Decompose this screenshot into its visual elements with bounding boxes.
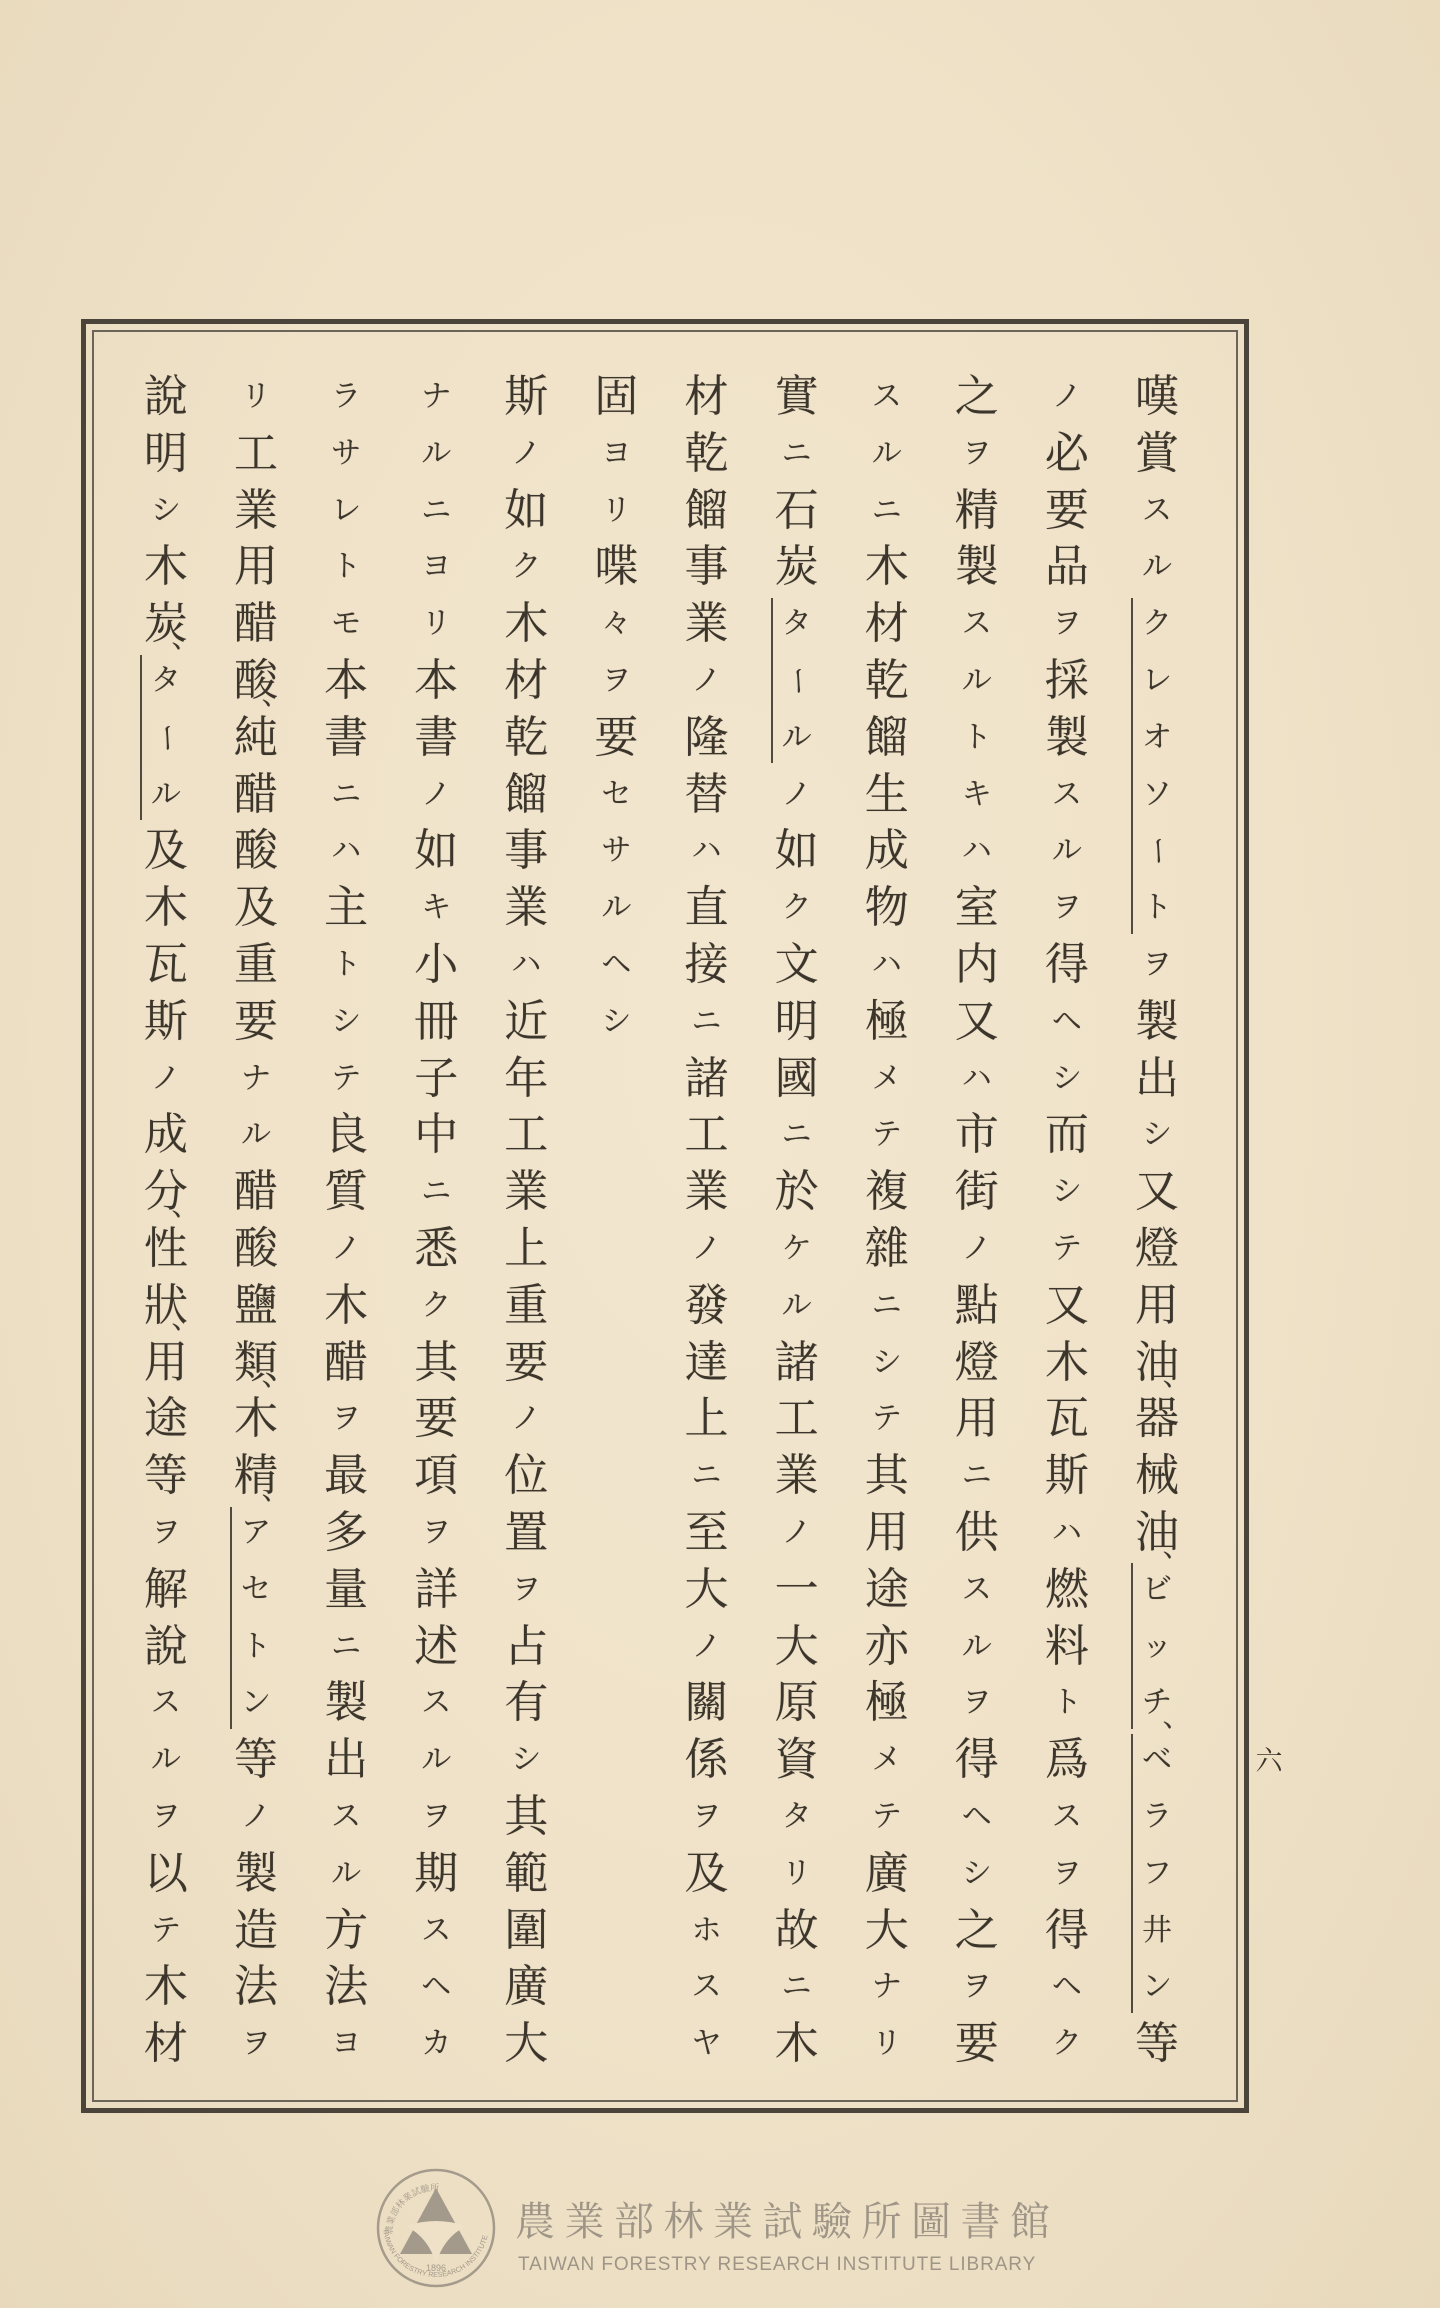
text-char: ヲ [138, 1789, 195, 1846]
text-char: ヨ [318, 2016, 375, 2073]
text-char: ノ [678, 1618, 735, 1675]
text-column: 斯ノ如ク木材乾餾事業ハ近年工業上重要ノ位置ヲ占有シ其範圍廣大 [498, 369, 555, 2073]
text-char: ヲ [1039, 1845, 1096, 1902]
text-char: 成 [138, 1107, 195, 1164]
text-char: ル [138, 1732, 195, 1789]
text-char: 要 [588, 709, 645, 766]
text-char: ー [138, 709, 195, 766]
text-char: 製 [1129, 993, 1186, 1050]
text-char: 酸、 [228, 653, 285, 710]
library-name-english: TAIWAN FORESTRY RESEARCH INSTITUTE LIBRA… [518, 2253, 1036, 2277]
text-char: 冊 [408, 993, 465, 1050]
text-char: 法 [228, 1959, 285, 2016]
text-char: ト [1129, 880, 1186, 937]
text-char: フ [1129, 1845, 1186, 1902]
text-char: 爲 [1039, 1732, 1096, 1789]
text-char: 複 [858, 1164, 915, 1221]
text-char: 上 [678, 1391, 735, 1448]
text-char: 期 [408, 1845, 465, 1902]
text-char: ル [588, 880, 645, 937]
text-char: 重 [228, 937, 285, 994]
text-char: ハ [948, 1050, 1005, 1107]
text-char: 料 [1039, 1618, 1096, 1675]
text-char: 點 [948, 1277, 1005, 1334]
text-char: 材 [858, 596, 915, 653]
text-char: 大 [858, 1902, 915, 1959]
text-char: ノ [318, 1221, 375, 1278]
text-char: 燈 [1129, 1221, 1186, 1278]
text-char: ヤ [678, 2016, 735, 2073]
text-char: 出 [318, 1732, 375, 1789]
text-char: ヲ [228, 2016, 285, 2073]
text-char: ス [1039, 1789, 1096, 1846]
text-char: ス [408, 1902, 465, 1959]
text-column: スルニ木材乾餾生成物ハ極メテ複雜ニシテ其用途亦極メテ廣大ナリ [858, 369, 915, 2073]
text-char: 醋 [228, 596, 285, 653]
text-char: タ [768, 596, 825, 653]
text-char: 製 [1039, 709, 1096, 766]
text-char: 等 [228, 1732, 285, 1789]
text-char: 要 [498, 1334, 555, 1391]
text-char: 國 [768, 1050, 825, 1107]
text-char: 器 [1129, 1391, 1186, 1448]
text-char: 及 [678, 1845, 735, 1902]
text-char: 餾 [678, 482, 735, 539]
text-char: 說 [138, 369, 195, 426]
text-char: モ [318, 596, 375, 653]
text-char: メ [858, 1050, 915, 1107]
text-char: 醋 [318, 1334, 375, 1391]
text-char: 近 [498, 993, 555, 1050]
text-char: ニ [768, 425, 825, 482]
text-char: 主 [318, 880, 375, 937]
text-char: 精、 [228, 1448, 285, 1505]
text-char: ヲ [318, 1391, 375, 1448]
text-char: 說 [138, 1618, 195, 1675]
text-char: 極 [858, 1675, 915, 1732]
text-column: 固ヨリ喋々ヲ要セサルヘシ [588, 369, 645, 1051]
text-column: ラサレトモ本書ニハ主トシテ良質ノ木醋ヲ最多量ニ製出スル方法ヨ [318, 369, 375, 2073]
text-char: 大 [768, 1618, 825, 1675]
text-char: レ [1129, 653, 1186, 710]
text-column: ナルニヨリ本書ノ如キ小冊子中ニ悉ク其要項ヲ詳述スルヲ期スヘカ [408, 369, 465, 2073]
text-char: ス [1039, 766, 1096, 823]
text-char: ル [408, 1732, 465, 1789]
text-char: 一 [768, 1561, 825, 1618]
text-char: ヨ [408, 539, 465, 596]
text-char: 木 [138, 880, 195, 937]
text-column: 嘆賞スルクレオソートヲ製出シ又燈用油、器械油、ビッチ、ベラフ井ン等 [1129, 369, 1186, 2073]
comma-mark: 、 [1163, 1703, 1191, 1731]
text-char: ニ [678, 1448, 735, 1505]
text-char: ハ [948, 823, 1005, 880]
text-char: ニ [408, 482, 465, 539]
text-char: 木 [1039, 1334, 1096, 1391]
text-column: リ工業用醋酸、純醋酸及重要ナル醋酸鹽類、木精、アセトン等ノ製造法ヲ [228, 369, 285, 2073]
text-char: 械 [1129, 1448, 1186, 1505]
text-char: 文 [768, 937, 825, 994]
text-char: ヘ [588, 937, 645, 994]
text-char: 斯 [1039, 1448, 1096, 1505]
text-char: リ [768, 1845, 825, 1902]
text-char: 又 [948, 993, 1005, 1050]
text-char: リ [408, 596, 465, 653]
text-char: ニ [318, 1618, 375, 1675]
text-char: 置 [498, 1505, 555, 1562]
text-char: 業 [768, 1448, 825, 1505]
text-char: ル [138, 766, 195, 823]
text-char: 本 [408, 653, 465, 710]
text-char: 木 [138, 539, 195, 596]
text-char: ヲ [678, 1789, 735, 1846]
text-char: 用 [858, 1505, 915, 1562]
text-char: オ [1129, 709, 1186, 766]
text-char: サ [588, 823, 645, 880]
text-char: 至 [678, 1505, 735, 1562]
text-char: ル [948, 1618, 1005, 1675]
text-column: 實ニ石炭タールノ如ク文明國ニ於ケル諸工業ノ一大原資タリ故ニ木 [768, 369, 825, 2073]
text-char: 燃 [1039, 1561, 1096, 1618]
text-char: ヘ [1039, 1959, 1096, 2016]
text-char: ー [768, 653, 825, 710]
text-char: ス [678, 1959, 735, 2016]
text-char: 其 [498, 1789, 555, 1846]
text-char: 業 [228, 482, 285, 539]
text-char: ヲ [1039, 596, 1096, 653]
text-char: ベ [1129, 1732, 1186, 1789]
text-char: サ [318, 425, 375, 482]
comma-mark: 、 [172, 1192, 200, 1220]
text-char: 原 [768, 1675, 825, 1732]
text-char: ニ [948, 1448, 1005, 1505]
text-char: 重 [498, 1277, 555, 1334]
text-char: ス [858, 369, 915, 426]
text-char: ヲ [948, 1675, 1005, 1732]
text-char: 發 [678, 1277, 735, 1334]
text-char: 業 [678, 596, 735, 653]
text-char: ナ [408, 369, 465, 426]
text-char: 又 [1039, 1277, 1096, 1334]
text-char: 之 [948, 369, 1005, 426]
text-char: ニ [768, 1959, 825, 2016]
text-char: ス [948, 1561, 1005, 1618]
text-char: シ [948, 1845, 1005, 1902]
loanword-sideline [1131, 1734, 1133, 2013]
text-char: メ [858, 1732, 915, 1789]
text-char: タ [138, 653, 195, 710]
text-char: セ [588, 766, 645, 823]
text-char: ノ [1039, 369, 1096, 426]
text-char: 室 [948, 880, 1005, 937]
text-char: 以 [138, 1845, 195, 1902]
text-char: 書 [318, 709, 375, 766]
text-char: ヲ [948, 425, 1005, 482]
text-char: 隆 [678, 709, 735, 766]
text-char: ノ [228, 1789, 285, 1846]
text-char: 賞 [1129, 425, 1186, 482]
text-char: レ [318, 482, 375, 539]
text-char: 製 [228, 1845, 285, 1902]
text-char: 々 [588, 596, 645, 653]
text-char: 斯 [138, 993, 195, 1050]
loanword-sideline [1131, 1563, 1133, 1728]
text-char: 圍 [498, 1902, 555, 1959]
text-char: 油、 [1129, 1505, 1186, 1562]
text-char: ヨ [588, 425, 645, 482]
text-char: ヲ [138, 1505, 195, 1562]
text-column: 說明シ木炭、タール及木瓦斯ノ成分、性狀、用途等ヲ解說スルヲ以テ木材 [138, 369, 195, 2073]
text-char: ル [1129, 539, 1186, 596]
text-char: 如 [498, 482, 555, 539]
text-char: 狀、 [138, 1277, 195, 1334]
text-char: 炭、 [138, 596, 195, 653]
comma-mark: 、 [262, 1362, 290, 1390]
text-char: 斯 [498, 369, 555, 426]
text-char: 多 [318, 1505, 375, 1562]
text-char: 材 [138, 2016, 195, 2073]
text-char: ン [228, 1675, 285, 1732]
text-char: ル [858, 425, 915, 482]
text-char: テ [858, 1107, 915, 1164]
text-char: 詳 [408, 1561, 465, 1618]
text-char: 酸 [228, 1221, 285, 1278]
text-column: ノ必要品ヲ採製スルヲ得ヘシ而シテ又木瓦斯ハ燃料ト爲スヲ得ヘク [1039, 369, 1096, 2073]
text-char: 得 [948, 1732, 1005, 1789]
text-char: ト [1039, 1675, 1096, 1732]
text-char: 大 [498, 2016, 555, 2073]
text-char: ヲ [408, 1505, 465, 1562]
text-char: 亦 [858, 1618, 915, 1675]
text-char: 悉 [408, 1221, 465, 1278]
text-char: 大 [678, 1561, 735, 1618]
loanword-sideline [1131, 598, 1133, 934]
text-char: 替 [678, 766, 735, 823]
text-char: 有 [498, 1675, 555, 1732]
text-char: 小 [408, 937, 465, 994]
text-char: 業 [498, 880, 555, 937]
text-char: 雜 [858, 1221, 915, 1278]
text-char: テ [138, 1902, 195, 1959]
text-char: ラ [1129, 1789, 1186, 1846]
comma-mark: 、 [262, 681, 290, 709]
text-char: ニ [768, 1107, 825, 1164]
comma-mark: 、 [172, 1305, 200, 1333]
page-number: 六 [1254, 1747, 1284, 1777]
text-char: 醋 [228, 1164, 285, 1221]
text-char: 達 [678, 1334, 735, 1391]
text-char: ト [318, 539, 375, 596]
text-char: ス [318, 1789, 375, 1846]
text-char: ト [228, 1618, 285, 1675]
text-char: 生 [858, 766, 915, 823]
text-char: 固 [588, 369, 645, 426]
text-char: 純 [228, 709, 285, 766]
text-char: ノ [948, 1221, 1005, 1278]
text-char: 油、 [1129, 1334, 1186, 1391]
text-char: 出 [1129, 1050, 1186, 1107]
text-char: シ [1039, 1164, 1096, 1221]
text-char: ハ [858, 937, 915, 994]
text-char: ノ [678, 1221, 735, 1278]
text-char: 述 [408, 1618, 465, 1675]
text-char: 採 [1039, 653, 1096, 710]
text-char: 解 [138, 1561, 195, 1618]
text-char: 木 [138, 1959, 195, 2016]
text-char: 資 [768, 1732, 825, 1789]
text-char: ト [948, 709, 1005, 766]
text-char: 用 [1129, 1277, 1186, 1334]
text-char: ニ [408, 1164, 465, 1221]
text-char: 項 [408, 1448, 465, 1505]
text-char: 要 [228, 993, 285, 1050]
text-char: 製 [948, 539, 1005, 596]
text-char: チ、 [1129, 1675, 1186, 1732]
text-char: 之 [948, 1902, 1005, 1959]
comma-mark: 、 [262, 1476, 290, 1504]
text-char: 最 [318, 1448, 375, 1505]
text-char: 如 [768, 823, 825, 880]
text-char: 餾 [498, 766, 555, 823]
text-char: 於 [768, 1164, 825, 1221]
text-char: ノ [498, 425, 555, 482]
text-char: ヘ [948, 1789, 1005, 1846]
text-char: 子 [408, 1050, 465, 1107]
text-char: 中 [408, 1107, 465, 1164]
text-char: 工 [228, 425, 285, 482]
text-char: 材 [498, 653, 555, 710]
text-char: テ [858, 1789, 915, 1846]
text-char: 鹽 [228, 1277, 285, 1334]
text-char: 等 [1129, 2016, 1186, 2073]
text-char: ナ [858, 1959, 915, 2016]
text-char: ル [318, 1845, 375, 1902]
text-char: 方 [318, 1902, 375, 1959]
text-char: 炭 [768, 539, 825, 596]
text-char: 用 [138, 1334, 195, 1391]
text-char: テ [1039, 1221, 1096, 1278]
text-char: リ [858, 2016, 915, 2073]
text-char: セ [228, 1561, 285, 1618]
text-char: 分、 [138, 1164, 195, 1221]
vertical-text-body: 嘆賞スルクレオソートヲ製出シ又燈用油、器械油、ビッチ、ベラフ井ン等ノ必要品ヲ採製… [0, 0, 1440, 2308]
text-char: 木 [858, 539, 915, 596]
text-char: ヘ [1039, 993, 1096, 1050]
loanword-sideline [771, 598, 773, 763]
text-char: 工 [498, 1107, 555, 1164]
text-char: ニ [858, 1277, 915, 1334]
text-char: シ [318, 993, 375, 1050]
text-char: ノ [768, 1505, 825, 1562]
text-char: ー [1129, 823, 1186, 880]
text-char: シ [1039, 1050, 1096, 1107]
text-char: 内 [948, 937, 1005, 994]
text-char: ノ [138, 1050, 195, 1107]
text-char: 等 [138, 1448, 195, 1505]
text-char: 又 [1129, 1164, 1186, 1221]
text-char: 年 [498, 1050, 555, 1107]
text-char: 得 [1039, 1902, 1096, 1959]
text-char: ス [948, 596, 1005, 653]
text-char: シ [138, 482, 195, 539]
text-char: ビ [1129, 1561, 1186, 1618]
text-char: 途 [858, 1561, 915, 1618]
text-char: 成 [858, 823, 915, 880]
text-char: 書 [408, 709, 465, 766]
text-char: ク [1039, 2016, 1096, 2073]
text-char: 業 [498, 1164, 555, 1221]
text-char: ハ [1039, 1505, 1096, 1562]
text-char: 乾 [858, 653, 915, 710]
text-char: ハ [318, 823, 375, 880]
text-char: 及 [228, 880, 285, 937]
text-char: 精 [948, 482, 1005, 539]
text-char: 其 [408, 1334, 465, 1391]
text-char: ヘ [408, 1959, 465, 2016]
text-char: 諸 [768, 1334, 825, 1391]
text-char: カ [408, 2016, 465, 2073]
text-char: 製 [318, 1675, 375, 1732]
text-char: ソ [1129, 766, 1186, 823]
text-char: ノ [408, 766, 465, 823]
text-char: 明 [138, 425, 195, 482]
text-char: 及 [138, 823, 195, 880]
text-char: ク [408, 1277, 465, 1334]
text-char: ヲ [588, 653, 645, 710]
text-char: ク [768, 880, 825, 937]
logo-year: 1896 [426, 2263, 446, 2273]
text-char: 廣 [498, 1959, 555, 2016]
text-char: 諸 [678, 1050, 735, 1107]
text-char: ヲ [1039, 880, 1096, 937]
text-char: ス [408, 1675, 465, 1732]
comma-mark: 、 [172, 624, 200, 652]
text-char: 事 [678, 539, 735, 596]
text-char: ン [1129, 1959, 1186, 2016]
text-char: 要 [948, 2016, 1005, 2073]
text-char: 木 [498, 596, 555, 653]
text-char: 要 [1039, 482, 1096, 539]
text-char: 市 [948, 1107, 1005, 1164]
text-char: 上 [498, 1221, 555, 1278]
text-char: 質 [318, 1164, 375, 1221]
text-char: ハ [498, 937, 555, 994]
text-char: ル [948, 653, 1005, 710]
text-char: 得 [1039, 937, 1096, 994]
comma-mark: 、 [1163, 1362, 1191, 1390]
text-char: 瓦 [1039, 1391, 1096, 1448]
text-char: 嘆 [1129, 369, 1186, 426]
text-char: 量 [318, 1561, 375, 1618]
text-char: 木 [228, 1391, 285, 1448]
text-char: 用 [948, 1391, 1005, 1448]
text-char: ク [1129, 596, 1186, 653]
text-char: ノ [768, 766, 825, 823]
text-char: ニ [858, 482, 915, 539]
text-char: 而 [1039, 1107, 1096, 1164]
text-char: 供 [948, 1505, 1005, 1562]
text-char: ル [768, 1277, 825, 1334]
text-column: 之ヲ精製スルトキハ室内又ハ市街ノ點燈用ニ供スルヲ得ヘシ之ヲ要 [948, 369, 1005, 2073]
text-char: 瓦 [138, 937, 195, 994]
text-char: 範 [498, 1845, 555, 1902]
text-char: シ [1129, 1107, 1186, 1164]
text-char: シ [588, 993, 645, 1050]
text-char: ナ [228, 1050, 285, 1107]
text-char: 廣 [858, 1845, 915, 1902]
text-char: 乾 [678, 425, 735, 482]
text-char: ニ [678, 993, 735, 1050]
text-char: ス [138, 1675, 195, 1732]
